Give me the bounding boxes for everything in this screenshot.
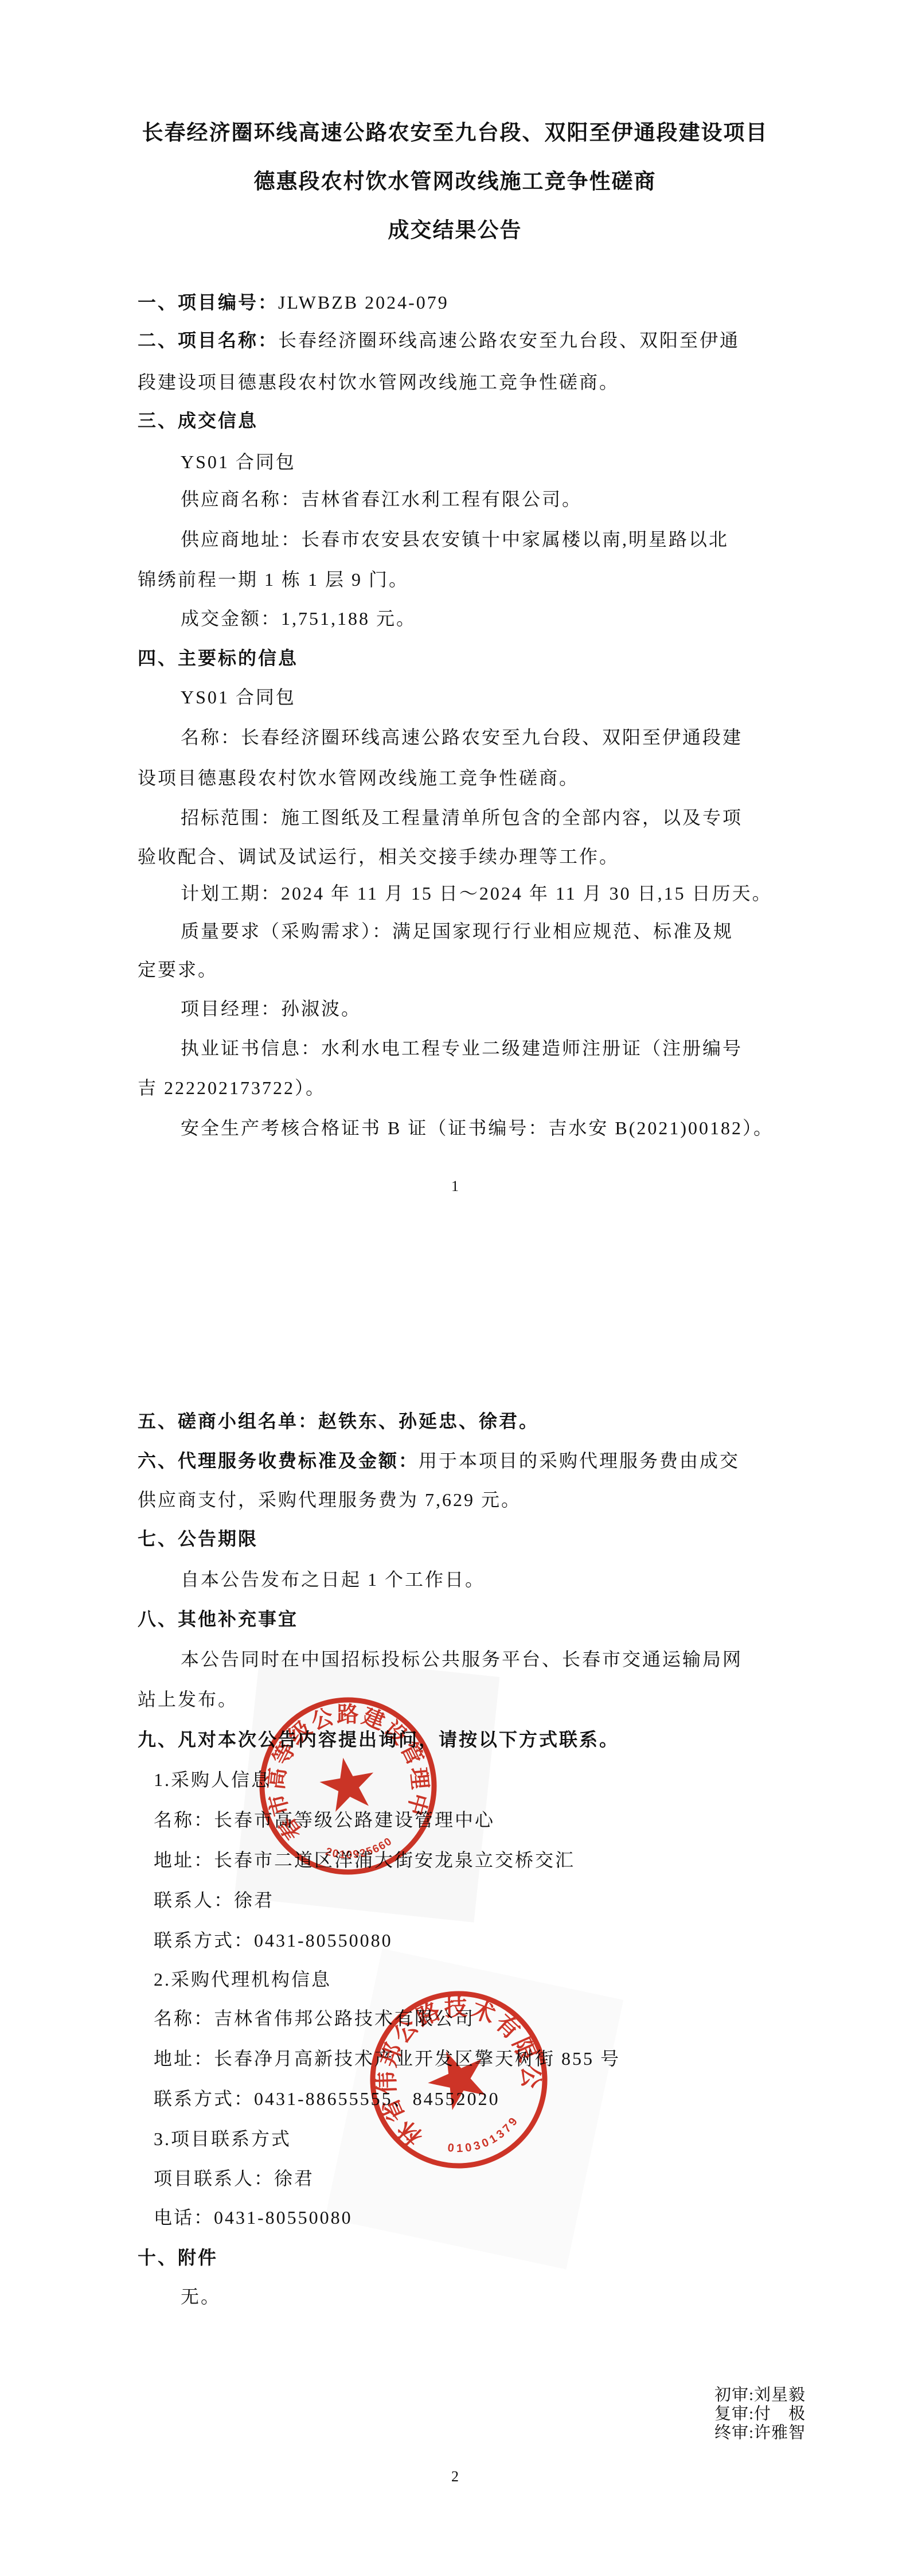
line-deal-amount: 成交金额：1,751,188 元。: [181, 609, 416, 628]
project-number-label: 一、项目编号：: [138, 292, 278, 313]
doc-title-line3: 成交结果公告: [0, 220, 910, 242]
audit-first-reviewer: 初审:刘星毅: [714, 2387, 806, 2404]
doc-title-line1: 长春经济圈环线高速公路农安至九台段、双阳至伊通段建设项目: [0, 123, 910, 144]
page-number-1: 1: [0, 1179, 910, 1194]
line-announcement-period: 自本公告发布之日起 1 个工作日。: [181, 1570, 485, 1589]
line-project-contact-person: 项目联系人：徐君: [154, 2169, 314, 2188]
line-project-contact-phone: 电话：0431-80550080: [154, 2208, 353, 2227]
line-agency-fee-cont: 供应商支付，采购代理服务费为 7,629 元。: [138, 1491, 521, 1509]
line-attachment-none: 无。: [181, 2287, 221, 2306]
line-other-matters-cont: 站上发布。: [138, 1690, 238, 1709]
line-purchaser-phone: 联系方式：0431-80550080: [154, 1931, 393, 1949]
line-safety-certificate: 安全生产考核合格证书 B 证（证书编号：吉水安 B(2021)00182）。: [181, 1119, 774, 1137]
section-deal-info: 三、成交信息: [138, 411, 258, 430]
line-project-name: 二、项目名称：长春经济圈环线高速公路农安至九台段、双阳至伊通: [138, 331, 740, 349]
line-project-manager: 项目经理：孙淑波。: [181, 999, 361, 1018]
project-number-value: JLWBZB 2024-079: [278, 292, 449, 313]
page-number-2: 2: [0, 2469, 910, 2484]
star-icon: [419, 2040, 496, 2115]
line-quality-requirement: 质量要求（采购需求）：满足国家现行行业相应规范、标准及规: [181, 922, 733, 940]
project-name-value: 长春经济圈环线高速公路农安至九台段、双阳至伊通: [278, 330, 740, 351]
line-subject-name: 名称：长春经济圈环线高速公路农安至九台段、双阳至伊通段建: [181, 728, 743, 746]
line-supplier-address-cont: 锦绣前程一期 1 栋 1 层 9 门。: [138, 570, 409, 589]
line-supplier-address: 供应商地址：长春市农安县农安镇十中家属楼以南,明星路以北: [181, 530, 729, 548]
line-bid-scope: 招标范围：施工图纸及工程量清单所包含的全部内容，以及专项: [181, 808, 743, 827]
doc-title-line2: 德惠段农村饮水管网改线施工竞争性磋商: [0, 172, 910, 193]
audit-second-reviewer: 复审:付 极: [714, 2406, 806, 2423]
section-subject-info: 四、主要标的信息: [138, 649, 298, 667]
line-agency-fee: 六、代理服务收费标准及金额：用于本项目的采购代理服务费由成交: [138, 1452, 740, 1470]
line-subject-name-cont: 设项目德惠段农村饮水管网改线施工竞争性磋商。: [138, 769, 579, 787]
section-announcement-period: 七、公告期限: [138, 1530, 258, 1548]
line-supplier-name: 供应商名称：吉林省春江水利工程有限公司。: [181, 490, 582, 508]
line-contract-package-2: YS01 合同包: [181, 688, 296, 706]
line-project-name-cont: 段建设项目德惠段农村饮水管网改线施工竞争性磋商。: [138, 373, 619, 391]
agency-fee-value: 用于本项目的采购代理服务费由成交: [419, 1450, 740, 1471]
line-agency-info-heading: 2.采购代理机构信息: [154, 1970, 331, 1989]
section-other-matters: 八、其他补充事宜: [138, 1610, 298, 1628]
line-quality-requirement-cont: 定要求。: [138, 960, 218, 979]
line-license-info-cont: 吉 222202173722）。: [138, 1079, 326, 1097]
line-contract-package-1: YS01 合同包: [181, 453, 296, 471]
project-name-label: 二、项目名称：: [138, 330, 278, 351]
official-seal-purchaser: 长春市高等级公路建设管理中心 2010925660: [235, 1673, 461, 1899]
line-license-info: 执业证书信息：水利水电工程专业二级建造师注册证（注册编号: [181, 1039, 743, 1057]
line-bid-scope-cont: 验收配合、调试及试运行，相关交接手续办理等工作。: [138, 847, 619, 866]
section-attachment: 十、附件: [138, 2248, 218, 2267]
star-icon: [316, 1753, 378, 1814]
line-planned-schedule: 计划工期：2024 年 11 月 15 日～2024 年 11 月 30 日,1…: [181, 884, 772, 902]
line-project-number: 一、项目编号：JLWBZB 2024-079: [138, 293, 449, 312]
audit-final-reviewer: 终审:许雅智: [714, 2425, 806, 2442]
agency-fee-label: 六、代理服务收费标准及金额：: [138, 1450, 419, 1471]
announcement-document: 长春经济圈环线高速公路农安至九台段、双阳至伊通段建设项目 德惠段农村饮水管网改线…: [0, 0, 910, 2576]
section-panel-list: 五、磋商小组名单：赵铁东、孙延忠、徐君。: [138, 1412, 539, 1430]
line-project-contact-heading: 3.项目联系方式: [154, 2130, 291, 2148]
